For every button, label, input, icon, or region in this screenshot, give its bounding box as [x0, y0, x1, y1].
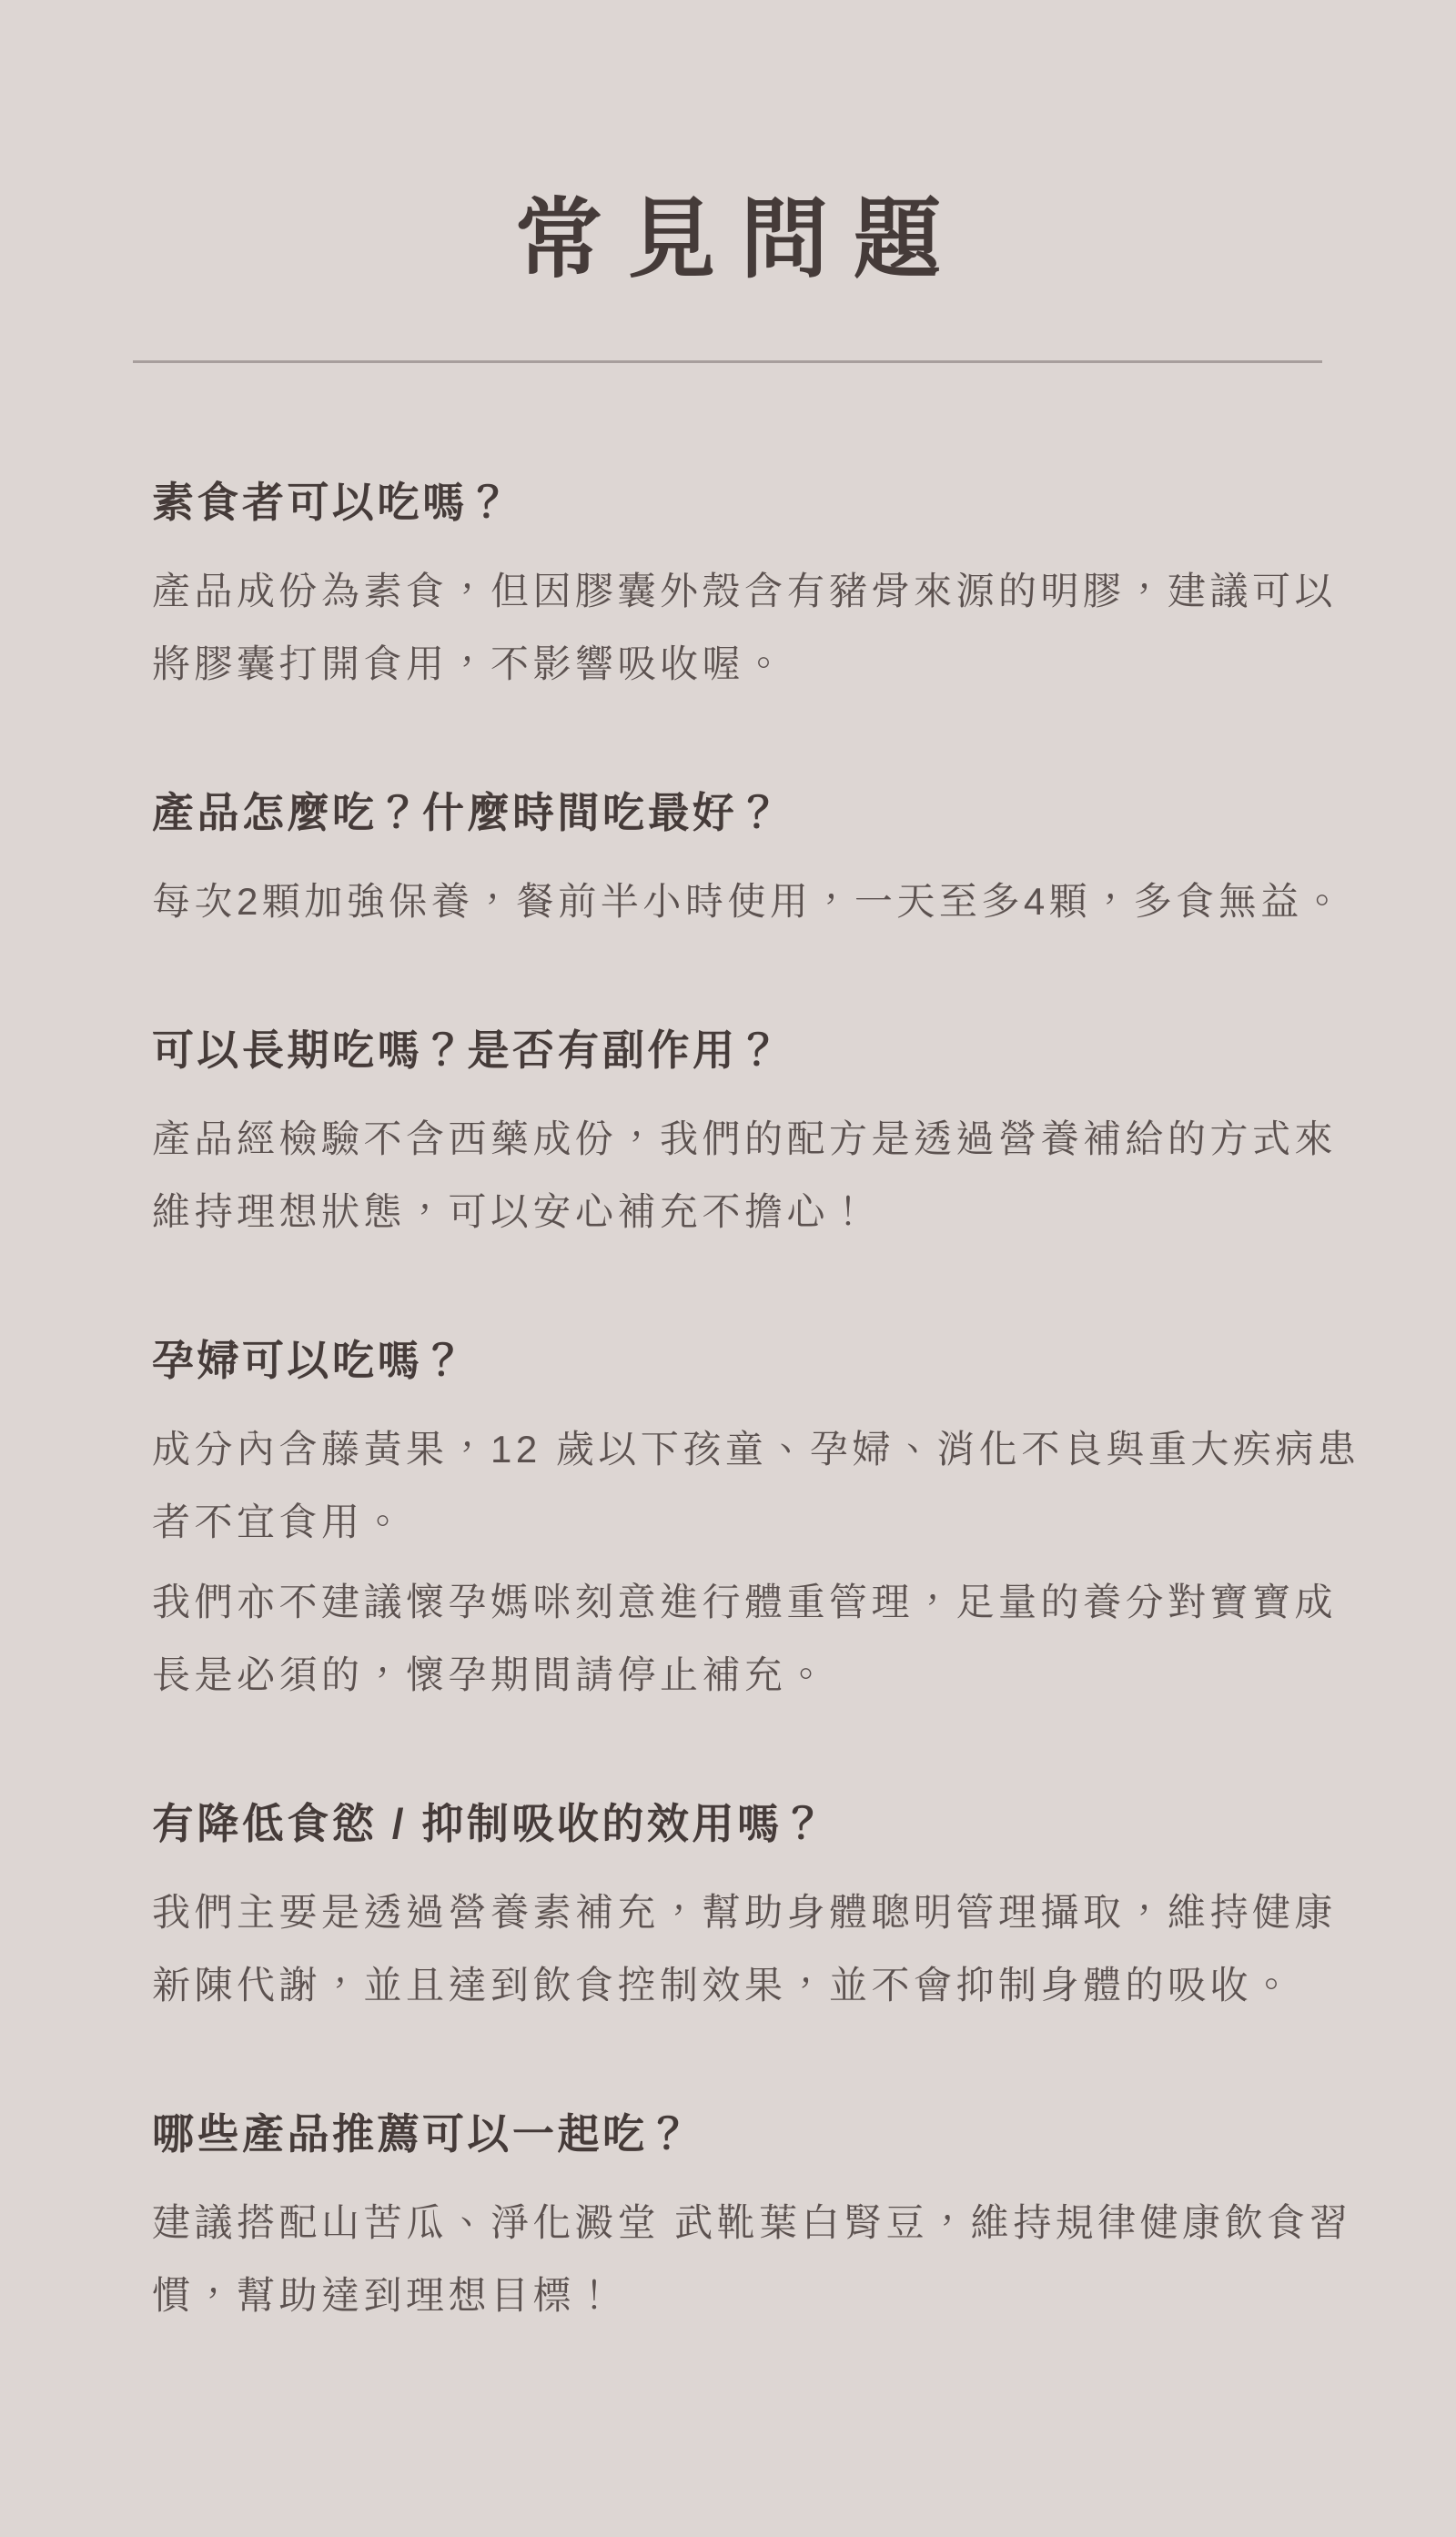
answer-block: 成分內含藤黃果，12 歲以下孩童、孕婦、消化不良與重大疾病患者不宜食用。 我們亦…: [152, 1413, 1360, 1712]
answer-block: 建議搭配山苦瓜、淨化澱堂 武靴葉白腎豆，維持規律健康飲食習慣，幫助達到理想目標！: [152, 2187, 1360, 2332]
faq-page: 常見問題 素食者可以吃嗎？ 產品成份為素食，但因膠囊外殼含有豬骨來源的明膠，建議…: [0, 0, 1456, 2537]
faq-list: 素食者可以吃嗎？ 產品成份為素食，但因膠囊外殼含有豬骨來源的明膠，建議可以將膠囊…: [152, 477, 1360, 2332]
faq-item-long-term-use: 可以長期吃嗎？是否有副作用？ 產品經檢驗不含西藥成份，我們的配方是透過營養補給的…: [152, 1025, 1360, 1248]
faq-item-product-pairing: 哪些產品推薦可以一起吃？ 建議搭配山苦瓜、淨化澱堂 武靴葉白腎豆，維持規律健康飲…: [152, 2108, 1360, 2332]
answer-block: 每次2顆加強保養，餐前半小時使用，一天至多4顆，多食無益。: [152, 865, 1360, 938]
answer-block: 產品成份為素食，但因膠囊外殼含有豬骨來源的明膠，建議可以將膠囊打開食用，不影響吸…: [152, 555, 1360, 701]
answer-paragraph: 成分內含藤黃果，12 歲以下孩童、孕婦、消化不良與重大疾病患者不宜食用。: [152, 1413, 1360, 1559]
question-heading: 孕婦可以吃嗎？: [152, 1335, 1360, 1386]
question-heading: 可以長期吃嗎？是否有副作用？: [152, 1025, 1360, 1076]
answer-paragraph: 產品經檢驗不含西藥成份，我們的配方是透過營養補給的方式來維持理想狀態，可以安心補…: [152, 1103, 1360, 1248]
question-heading: 有降低食慾 / 抑制吸收的效用嗎？: [152, 1798, 1360, 1849]
faq-item-vegetarian: 素食者可以吃嗎？ 產品成份為素食，但因膠囊外殼含有豬骨來源的明膠，建議可以將膠囊…: [152, 477, 1360, 701]
title-divider: [133, 360, 1322, 363]
faq-item-appetite-suppression: 有降低食慾 / 抑制吸收的效用嗎？ 我們主要是透過營養素補充，幫助身體聰明管理攝…: [152, 1798, 1360, 2022]
page-title: 常見問題: [0, 0, 1456, 284]
faq-item-pregnancy: 孕婦可以吃嗎？ 成分內含藤黃果，12 歲以下孩童、孕婦、消化不良與重大疾病患者不…: [152, 1335, 1360, 1712]
answer-paragraph: 產品成份為素食，但因膠囊外殼含有豬骨來源的明膠，建議可以將膠囊打開食用，不影響吸…: [152, 555, 1360, 701]
answer-paragraph: 我們亦不建議懷孕媽咪刻意進行體重管理，足量的養分對寶寶成長是必須的，懷孕期間請停…: [152, 1566, 1360, 1712]
answer-block: 產品經檢驗不含西藥成份，我們的配方是透過營養補給的方式來維持理想狀態，可以安心補…: [152, 1103, 1360, 1248]
answer-paragraph: 我們主要是透過營養素補充，幫助身體聰明管理攝取，維持健康新陳代謝，並且達到飲食控…: [152, 1876, 1360, 2022]
answer-paragraph: 每次2顆加強保養，餐前半小時使用，一天至多4顆，多食無益。: [152, 865, 1360, 938]
faq-item-how-to-take: 產品怎麼吃？什麼時間吃最好？ 每次2顆加強保養，餐前半小時使用，一天至多4顆，多…: [152, 787, 1360, 938]
question-heading: 素食者可以吃嗎？: [152, 477, 1360, 528]
question-heading: 哪些產品推薦可以一起吃？: [152, 2108, 1360, 2159]
question-heading: 產品怎麼吃？什麼時間吃最好？: [152, 787, 1360, 838]
answer-paragraph: 建議搭配山苦瓜、淨化澱堂 武靴葉白腎豆，維持規律健康飲食習慣，幫助達到理想目標！: [152, 2187, 1360, 2332]
answer-block: 我們主要是透過營養素補充，幫助身體聰明管理攝取，維持健康新陳代謝，並且達到飲食控…: [152, 1876, 1360, 2022]
